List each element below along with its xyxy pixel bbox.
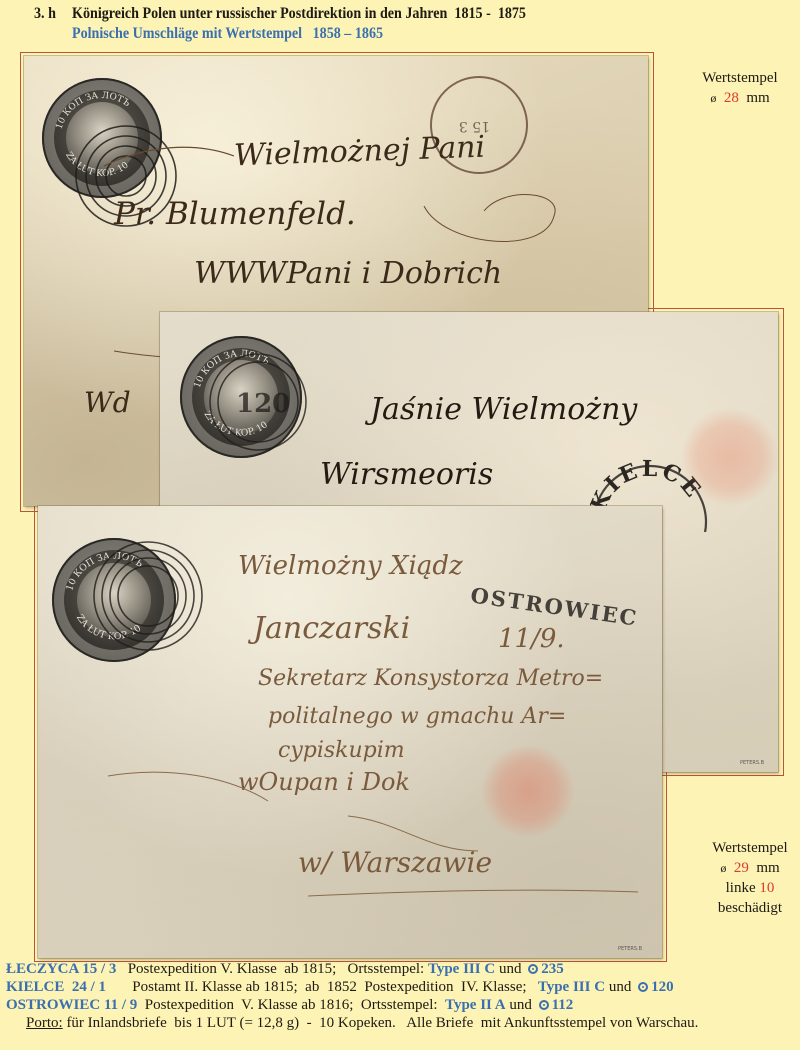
flourish — [98, 706, 658, 906]
legend-text: Postamt II. Klasse ab 1815; ab 1852 Post… — [106, 979, 538, 995]
concentric-ring-cancel — [88, 534, 208, 654]
legend-row-kielce: KIELCE 24 / 1 Postamt II. Klasse ab 1815… — [6, 978, 796, 996]
address-extra: Wd — [84, 386, 131, 419]
printer-mark: PETERS.B — [618, 946, 642, 952]
page-title: Königreich Polen unter russischer Postdi… — [72, 5, 526, 23]
legend-type: Type III C — [428, 961, 495, 977]
porto-text: für Inlandsbriefe bis 1 LUT (= 12,8 g) -… — [63, 1015, 699, 1031]
section-number: 3. h — [34, 5, 56, 23]
legend-text: Postexpedition V. Klasse ab 1816; Ortsst… — [137, 997, 445, 1013]
svg-text:120: 120 — [236, 389, 290, 419]
legend-porto: Porto: für Inlandsbriefe bis 1 LUT (= 12… — [6, 1014, 796, 1032]
legend-type: Type II A — [445, 997, 506, 1013]
address-line-1: Jaśnie Wielmożny — [370, 392, 637, 427]
legend-text: Postexpedition V. Klasse ab 1815; Ortsst… — [116, 961, 428, 977]
legend-cancel: 112 — [552, 997, 574, 1013]
printer-mark: PETERS.B — [740, 760, 764, 766]
legend-und: und — [605, 979, 635, 995]
legend-place: KIELCE 24 / 1 — [6, 979, 106, 995]
side-note-damage: linke 10 — [700, 878, 800, 898]
legend-und: und — [506, 997, 536, 1013]
envelope-ostrowiec[interactable]: 10 КОП ЗА ЛОТЪ ZA ŁUT KOP. 10 OSTROWIEC … — [38, 506, 662, 958]
legend-row-ostrowiec: OSTROWIEC 11 / 9 Postexpedition V. Klass… — [6, 996, 796, 1014]
legend-cancel: 120 — [651, 979, 674, 995]
side-note-label: Wertstempel — [700, 838, 800, 858]
porto-label: Porto: — [26, 1015, 63, 1031]
numeral-cancel-120: 120 — [200, 348, 320, 458]
arrival-postmark-red — [680, 407, 778, 507]
side-note-diameter: ø 28 mm — [690, 88, 790, 108]
concentric-circle-icon — [539, 1000, 549, 1010]
side-note-diameter: ø 29 mm — [700, 858, 800, 878]
side-note-bottom: Wertstempel ø 29 mm linke 10 beschädigt — [700, 838, 800, 918]
legend-cancel: 235 — [541, 961, 564, 977]
manuscript-date: 11/9. — [498, 624, 565, 654]
side-note-damage-suffix: beschädigt — [700, 898, 800, 918]
legend-und: und — [495, 961, 525, 977]
legend-place: OSTROWIEC 11 / 9 — [6, 997, 137, 1013]
address-line-2: Wirsmeoris — [320, 457, 493, 492]
side-note-top: Wertstempel ø 28 mm — [690, 68, 790, 108]
concentric-circle-icon — [528, 964, 538, 974]
legend: ŁECZYCA 15 / 3 Postexpedition V. Klasse … — [6, 960, 796, 1032]
page-subtitle: Polnische Umschläge mit Wertstempel 1858… — [72, 25, 383, 43]
legend-row-leczyca: ŁECZYCA 15 / 3 Postexpedition V. Klasse … — [6, 960, 796, 978]
address-line-1: Wielmożny Xiądz — [238, 551, 463, 581]
concentric-circle-icon — [638, 982, 648, 992]
side-note-label: Wertstempel — [690, 68, 790, 88]
legend-place: ŁECZYCA 15 / 3 — [6, 961, 116, 977]
address-line-3: Sekretarz Konsystorza Metro= — [258, 666, 603, 691]
legend-type: Type III C — [538, 979, 605, 995]
address-line-2: Janczarski — [253, 611, 410, 646]
